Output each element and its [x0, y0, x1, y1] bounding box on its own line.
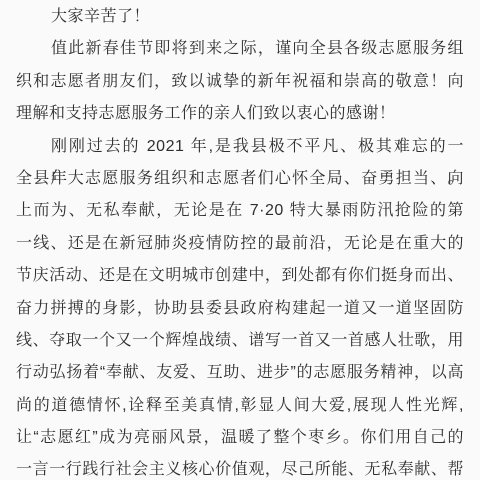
- text-line: 线、夺取一个又一个辉煌战绩、谱写一首又一首感人壮歌，用: [16, 325, 464, 357]
- text-line: 上而为、无私奉献，无论是在 7·20 特大暴雨防汛抢险的第: [16, 195, 464, 227]
- text-line: 全县广大志愿服务组织和志愿者们心怀全局、奋勇担当、向: [16, 163, 464, 195]
- text-line: 理解和支持志愿服务工作的亲人们致以衷心的感谢！: [16, 98, 464, 130]
- text-line: 织和志愿者朋友们，致以诚挚的新年祝福和崇高的敬意！向: [16, 66, 464, 98]
- text-line: 一线、还是在新冠肺炎疫情防控的最前沿，无论是在重大的: [16, 228, 464, 260]
- letter-text-body: 大家辛苦了！值此新春佳节即将到来之际，谨向全县各级志愿服务组织和志愿者朋友们，致…: [16, 1, 464, 480]
- text-line: 一言一行践行社会主义核心价值观，尽己所能、无私奉献、帮: [16, 454, 464, 480]
- document-page: 大家辛苦了！值此新春佳节即将到来之际，谨向全县各级志愿服务组织和志愿者朋友们，致…: [0, 0, 480, 480]
- text-line: 奋力拼搏的身影，协助县委县政府构建起一道又一道坚固防: [16, 293, 464, 325]
- text-line: 让“志愿红”成为亮丽风景，温暖了整个枣乡。你们用自己的: [16, 422, 464, 454]
- text-line: 值此新春佳节即将到来之际，谨向全县各级志愿服务组: [16, 33, 464, 65]
- text-line: 尚的道德情怀,诠释至美真情,彰显人间大爱,展现人性光辉,: [16, 390, 464, 422]
- text-line: 行动弘扬着“奉献、友爱、互助、进步”的志愿服务精神，以高: [16, 357, 464, 389]
- text-line: 节庆活动、还是在文明城市创建中，到处都有你们挺身而出、: [16, 260, 464, 292]
- text-line: 刚刚过去的 2021 年,是我县极不平凡、极其难忘的一年。: [16, 131, 464, 163]
- text-line: 大家辛苦了！: [16, 1, 464, 33]
